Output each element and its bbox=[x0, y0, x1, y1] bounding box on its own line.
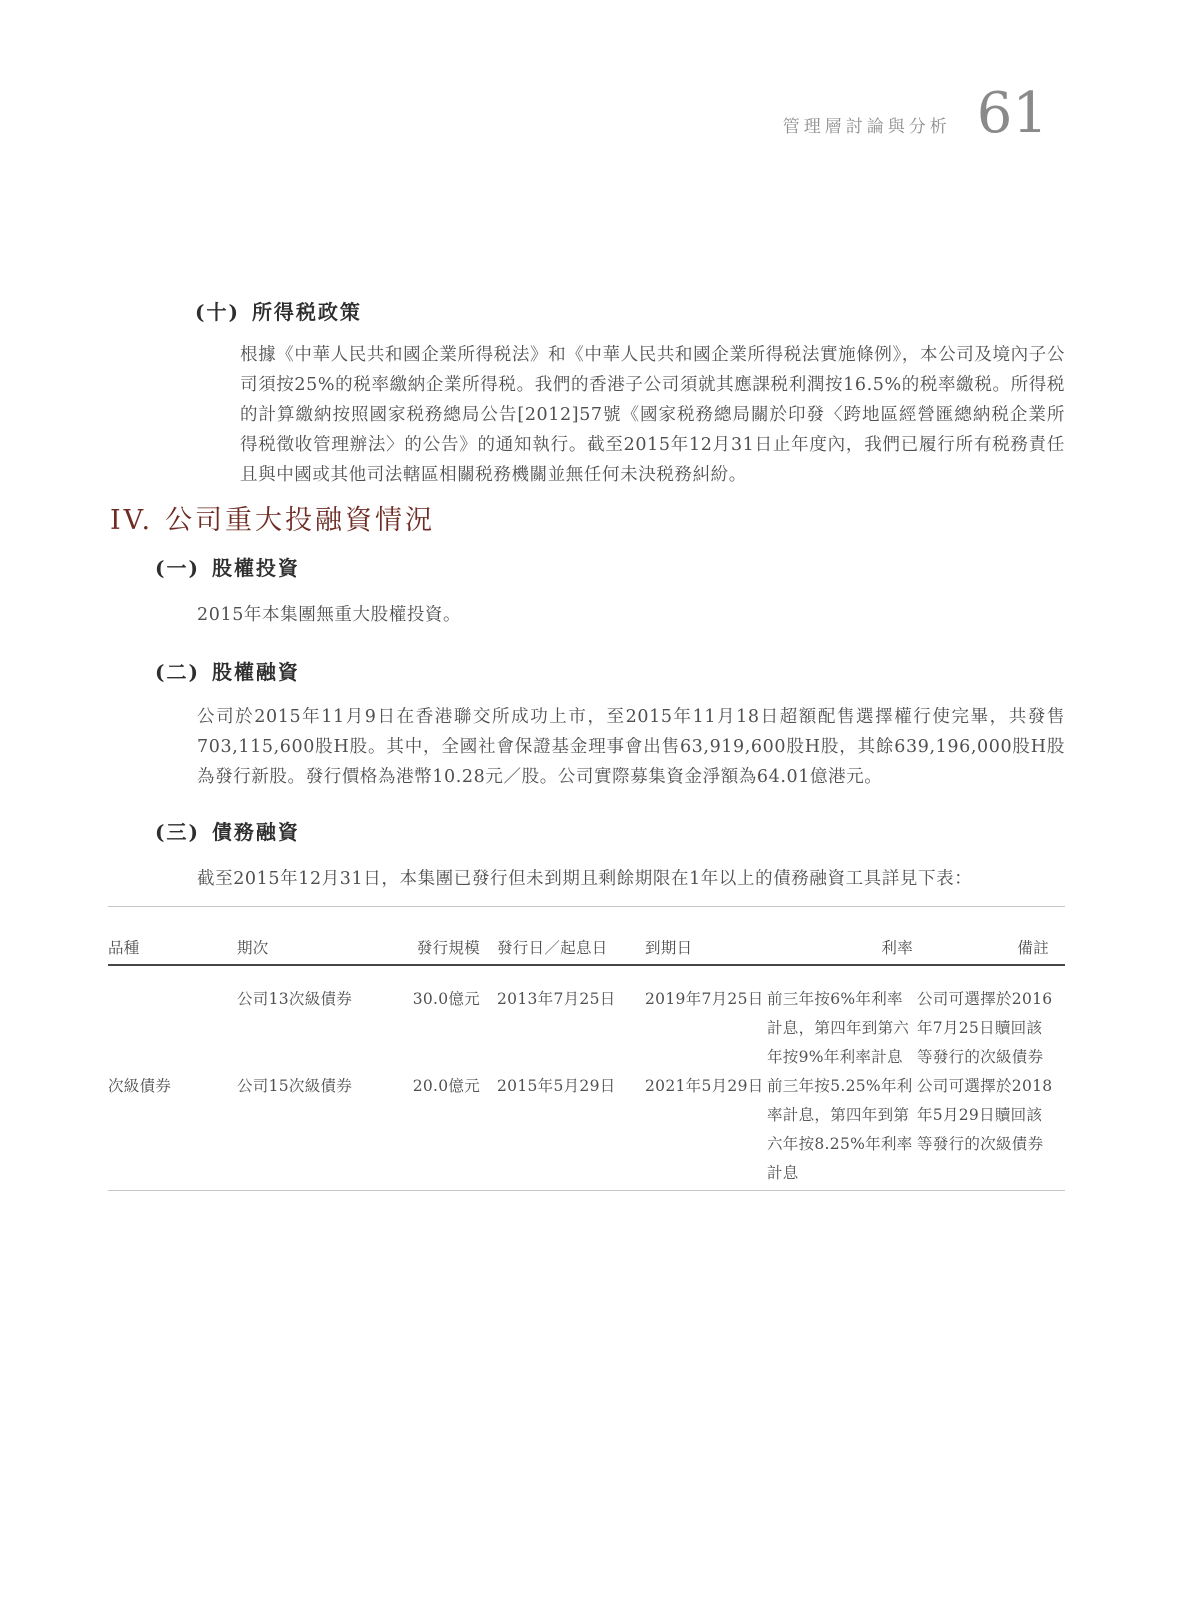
income-tax-policy-paragraph: 根據《中華人民共和國企業所得税法》和《中華人民共和國企業所得税法實施條例》，本公… bbox=[240, 340, 1065, 490]
income-tax-policy-heading: (十) 所得税政策 bbox=[195, 298, 1190, 326]
equity-investment-heading: (一) 股權投資 bbox=[155, 554, 1190, 582]
cell-rate: 前三年按6%年利率 計息，第四年到第六 年按9%年利率計息 bbox=[767, 985, 913, 1072]
cell-variety: 次級債券 bbox=[108, 1072, 233, 1101]
heading-number: (十) bbox=[195, 298, 240, 326]
col-header-rate: 利率 bbox=[767, 934, 913, 963]
heading-title: 公司重大投融資情況 bbox=[165, 504, 435, 538]
cell-issue-date: 2015年5月29日 bbox=[497, 1072, 639, 1101]
page-number: 61 bbox=[977, 86, 1048, 142]
col-header-note: 備註 bbox=[917, 934, 1065, 963]
table-row: 次級債券 公司15次級債券 20.0億元 2015年5月29日 2021年5月2… bbox=[108, 1072, 1065, 1190]
section-major-investment-financing: IV. 公司重大投融資情況 (一) 股權投資 2015年本集團無重大股權投資。 … bbox=[0, 504, 1190, 1191]
equity-investment-paragraph: 2015年本集團無重大股權投資。 bbox=[197, 600, 1065, 630]
page-header: 管理層討論與分析 61 bbox=[783, 86, 1048, 142]
section-income-tax-policy: (十) 所得税政策 根據《中華人民共和國企業所得税法》和《中華人民共和國企業所得… bbox=[0, 298, 1190, 490]
cell-issue-scale: 20.0億元 bbox=[364, 1072, 480, 1101]
heading-title: 股權投資 bbox=[212, 554, 300, 582]
equity-financing-paragraph: 公司於2015年11月9日在香港聯交所成功上市，至2015年11月18日超額配售… bbox=[197, 702, 1065, 792]
col-header-maturity: 到期日 bbox=[645, 934, 775, 963]
heading-number: IV. bbox=[110, 504, 153, 538]
table-bottom-rule bbox=[108, 1190, 1065, 1191]
cell-issue-date: 2013年7月25日 bbox=[497, 985, 639, 1014]
cell-maturity: 2021年5月29日 bbox=[645, 1072, 775, 1101]
col-header-variety: 品種 bbox=[108, 934, 233, 963]
col-header-issue-scale: 發行規模 bbox=[364, 934, 480, 963]
heading-number: (三) bbox=[155, 818, 200, 846]
heading-title: 股權融資 bbox=[212, 658, 300, 686]
cell-rate: 前三年按5.25%年利 率計息，第四年到第 六年按8.25%年利率 計息 bbox=[767, 1072, 913, 1188]
table-row: 公司13次級債券 30.0億元 2013年7月25日 2019年7月25日 前三… bbox=[108, 966, 1065, 1072]
major-investment-financing-heading: IV. 公司重大投融資情況 bbox=[110, 504, 1190, 538]
heading-title: 債務融資 bbox=[212, 818, 300, 846]
cell-issue-scale: 30.0億元 bbox=[364, 985, 480, 1014]
debt-financing-intro: 截至2015年12月31日，本集團已發行但未到期且剩餘期限在1年以上的債務融資工… bbox=[197, 864, 1065, 894]
equity-financing-heading: (二) 股權融資 bbox=[155, 658, 1190, 686]
heading-number: (二) bbox=[155, 658, 200, 686]
col-header-issue-date: 發行日／起息日 bbox=[497, 934, 639, 963]
heading-number: (一) bbox=[155, 554, 200, 582]
cell-maturity: 2019年7月25日 bbox=[645, 985, 775, 1014]
running-section-label: 管理層討論與分析 bbox=[783, 112, 951, 137]
cell-note: 公司可選擇於2016 年7月25日贖回該 等發行的次級債券 bbox=[917, 985, 1065, 1072]
cell-note: 公司可選擇於2018 年5月29日贖回該 等發行的次級債券 bbox=[917, 1072, 1065, 1159]
table-header-row: 品種 期次 發行規模 發行日／起息日 到期日 利率 備註 bbox=[108, 907, 1065, 964]
debt-instruments-table: 品種 期次 發行規模 發行日／起息日 到期日 利率 備註 公司13次級債券 30… bbox=[108, 906, 1065, 1191]
heading-title: 所得税政策 bbox=[252, 298, 362, 326]
report-page: 管理層討論與分析 61 (十) 所得税政策 根據《中華人民共和國企業所得税法》和… bbox=[0, 0, 1190, 1615]
debt-financing-heading: (三) 債務融資 bbox=[155, 818, 1190, 846]
